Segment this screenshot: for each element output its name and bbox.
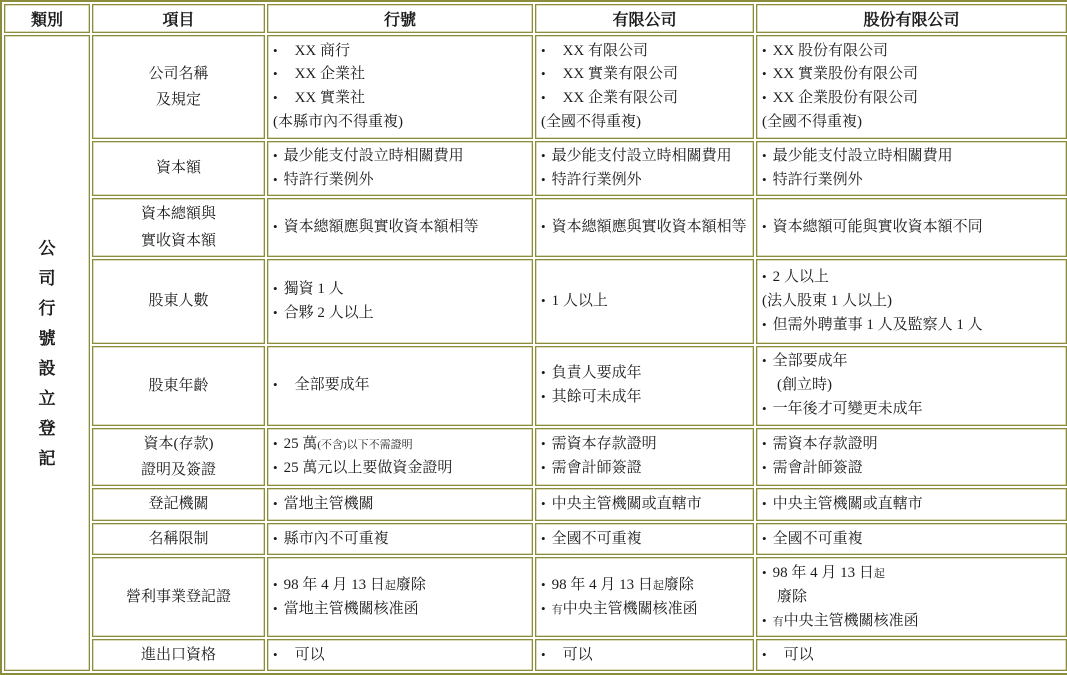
bullet-icon: • [541,577,546,593]
category-vertical-label: 公司行號設立登記 [6,240,88,467]
item-cell: 公司名稱及規定 [92,35,265,139]
bullet-line: •XX 企業有限公司 [541,87,749,111]
bullet-line: •98 年 4 月 13 日起 [762,561,1062,585]
table-body: 公司行號設立登記公司名稱及規定•XX 商行•XX 企業社•XX 實業社(本縣市內… [4,35,1067,671]
bullet-line: •98 年 4 月 13 日起廢除 [541,573,749,597]
note-line: (全國不得重複) [541,111,749,135]
bullet-line: •XX 實業社 [273,87,528,111]
header-row: 類別 項目 行號 有限公司 股份有限公司 [4,4,1067,33]
shares-cell: •中央主管機關或直轄市 [756,488,1067,521]
firm-cell: •全部要成年 [267,346,533,426]
shares-cell: •98 年 4 月 13 日起廢除•有中央主管機關核准函 [756,557,1067,637]
table-row: 股東年齡•全部要成年•負責人要成年•其餘可未成年•全部要成年(創立時)•一年後才… [4,346,1067,426]
bullet-line: •中央主管機關或直轄市 [541,493,749,517]
table-row: 名稱限制•縣市內不可重複•全國不可重複•全國不可重複 [4,523,1067,555]
bullet-icon: • [762,496,767,512]
bullet-icon: • [762,219,767,235]
bullet-icon: • [541,172,546,188]
item-cell: 營利事業登記證 [92,557,265,637]
bullet-icon: • [273,148,278,164]
firm-cell: •最少能支付設立時相關費用•特許行業例外 [267,141,533,197]
bullet-line: •但需外聘董事 1 人及監察人 1 人 [762,313,1062,337]
bullet-icon: • [273,281,278,297]
bullet-icon: • [273,172,278,188]
limited-cell: •可以 [535,639,754,671]
shares-cell: •全國不可重複 [756,523,1067,555]
firm-cell: •98 年 4 月 13 日起廢除•當地主管機關核准函 [267,557,533,637]
bullet-icon: • [541,66,546,82]
firm-cell: •當地主管機關 [267,488,533,521]
bullet-icon: • [762,647,767,663]
table-row: 登記機關•當地主管機關•中央主管機關或直轄市•中央主管機關或直轄市 [4,488,1067,521]
item-cell: 資本額 [92,141,265,197]
bullet-line: •當地主管機關 [273,493,528,517]
limited-cell: •負責人要成年•其餘可未成年 [535,346,754,426]
bullet-icon: • [762,401,767,417]
bullet-icon: • [273,496,278,512]
limited-cell: •資本總額應與實收資本額相等 [535,198,754,257]
item-cell: 名稱限制 [92,523,265,555]
item-cell: 股東年齡 [92,346,265,426]
bullet-icon: • [273,531,278,547]
bullet-line: •XX 實業有限公司 [541,63,749,87]
limited-cell: •最少能支付設立時相關費用•特許行業例外 [535,141,754,197]
limited-cell: •1 人以上 [535,259,754,344]
limited-cell: •中央主管機關或直轄市 [535,488,754,521]
item-cell: 資本(存款)證明及簽證 [92,428,265,487]
shares-cell: •需資本存款證明•需會計師簽證 [756,428,1067,487]
shares-cell: •資本總額可能與實收資本額不同 [756,198,1067,257]
bullet-line: •需會計師簽證 [541,457,749,481]
bullet-line: •一年後才可變更未成年 [762,398,1062,422]
firm-cell: •縣市內不可重複 [267,523,533,555]
bullet-line: •最少能支付設立時相關費用 [541,145,749,169]
company-registration-comparison-table: 類別 項目 行號 有限公司 股份有限公司 公司行號設立登記公司名稱及規定•XX … [0,0,1067,675]
table-row: 營利事業登記證•98 年 4 月 13 日起廢除•當地主管機關核准函•98 年 … [4,557,1067,637]
bullet-line: •特許行業例外 [273,168,528,192]
limited-cell: •XX 有限公司•XX 實業有限公司•XX 企業有限公司(全國不得重複) [535,35,754,139]
bullet-line: •當地主管機關核准函 [273,597,528,621]
firm-cell: •25 萬(不含)以下不需證明•25 萬元以上要做資金證明 [267,428,533,487]
bullet-line: •全部要成年 [273,374,528,398]
company-registration-comparison-page: 類別 項目 行號 有限公司 股份有限公司 公司行號設立登記公司名稱及規定•XX … [0,0,1067,643]
bullet-icon: • [541,460,546,476]
limited-cell: •98 年 4 月 13 日起廢除•有中央主管機關核准函 [535,557,754,637]
bullet-icon: • [541,389,546,405]
bullet-icon: • [273,90,278,106]
bullet-icon: • [273,460,278,476]
bullet-line: •資本總額應與實收資本額相等 [541,216,749,240]
shares-cell: •XX 股份有限公司•XX 實業股份有限公司•XX 企業股份有限公司(全國不得重… [756,35,1067,139]
firm-cell: •XX 商行•XX 企業社•XX 實業社(本縣市內不得重複) [267,35,533,139]
bullet-icon: • [541,43,546,59]
bullet-line: •資本總額可能與實收資本額不同 [762,216,1062,240]
shares-cell: •最少能支付設立時相關費用•特許行業例外 [756,141,1067,197]
bullet-icon: • [541,601,546,617]
note-line: (本縣市內不得重複) [273,111,528,135]
bullet-icon: • [762,613,767,629]
bullet-icon: • [541,496,546,512]
bullet-line: •XX 企業社 [273,63,528,87]
bullet-line: •全國不可重複 [762,527,1062,551]
note-line: (全國不得重複) [762,111,1062,135]
bullet-line: •25 萬元以上要做資金證明 [273,457,528,481]
bullet-icon: • [762,353,767,369]
bullet-icon: • [541,647,546,663]
bullet-line: •獨資 1 人 [273,277,528,301]
bullet-line: •需資本存款證明 [541,433,749,457]
bullet-icon: • [273,66,278,82]
bullet-line: •XX 企業股份有限公司 [762,87,1062,111]
bullet-icon: • [762,269,767,285]
bullet-icon: • [541,436,546,452]
bullet-line: •XX 股份有限公司 [762,39,1062,63]
bullet-icon: • [541,148,546,164]
bullet-line: •可以 [273,643,528,667]
bullet-icon: • [273,377,278,393]
item-cell: 資本總額與實收資本額 [92,198,265,257]
bullet-line: •縣市內不可重複 [273,527,528,551]
bullet-icon: • [762,43,767,59]
col-header-item: 項目 [92,4,265,33]
col-header-category: 類別 [4,4,90,33]
bullet-line: •25 萬(不含)以下不需證明 [273,433,528,457]
item-cell: 登記機關 [92,488,265,521]
bullet-line: •全國不可重複 [541,527,749,551]
bullet-icon: • [273,601,278,617]
bullet-line: •可以 [762,643,1062,667]
bullet-line: •有中央主管機關核准函 [541,597,749,621]
note-line: (創立時) [762,374,1062,398]
bullet-line: •其餘可未成年 [541,386,749,410]
category-cell: 公司行號設立登記 [4,35,90,671]
bullet-icon: • [273,647,278,663]
col-header-limited-company: 有限公司 [535,4,754,33]
bullet-icon: • [541,293,546,309]
bullet-line: •XX 有限公司 [541,39,749,63]
firm-cell: •獨資 1 人•合夥 2 人以上 [267,259,533,344]
table-row: 股東人數•獨資 1 人•合夥 2 人以上•1 人以上•2 人以上(法人股東 1 … [4,259,1067,344]
bullet-icon: • [762,565,767,581]
bullet-line: •98 年 4 月 13 日起廢除 [273,573,528,597]
bullet-icon: • [273,577,278,593]
note-line: (法人股東 1 人以上) [762,289,1062,313]
shares-cell: •可以 [756,639,1067,671]
bullet-line: •有中央主管機關核准函 [762,609,1062,633]
bullet-line: •全部要成年 [762,350,1062,374]
bullet-icon: • [273,219,278,235]
bullet-line: •中央主管機關或直轄市 [762,493,1062,517]
shares-cell: •全部要成年(創立時)•一年後才可變更未成年 [756,346,1067,426]
bullet-line: •2 人以上 [762,266,1062,290]
bullet-icon: • [273,43,278,59]
note-line: 廢除 [762,585,1062,609]
table-row: 公司行號設立登記公司名稱及規定•XX 商行•XX 企業社•XX 實業社(本縣市內… [4,35,1067,139]
bullet-icon: • [762,148,767,164]
bullet-icon: • [273,305,278,321]
bullet-line: •最少能支付設立時相關費用 [762,145,1062,169]
bullet-icon: • [762,317,767,333]
table-row: 資本總額與實收資本額•資本總額應與實收資本額相等•資本總額應與實收資本額相等•資… [4,198,1067,257]
bullet-line: •可以 [541,643,749,667]
shares-cell: •2 人以上(法人股東 1 人以上)•但需外聘董事 1 人及監察人 1 人 [756,259,1067,344]
bullet-icon: • [762,436,767,452]
bullet-icon: • [541,365,546,381]
bullet-line: •需資本存款證明 [762,433,1062,457]
table-row: 資本額•最少能支付設立時相關費用•特許行業例外•最少能支付設立時相關費用•特許行… [4,141,1067,197]
item-cell: 股東人數 [92,259,265,344]
col-header-firm: 行號 [267,4,533,33]
bullet-line: •XX 實業股份有限公司 [762,63,1062,87]
item-cell: 進出口資格 [92,639,265,671]
bullet-line: •最少能支付設立時相關費用 [273,145,528,169]
col-header-company-limited-by-shares: 股份有限公司 [756,4,1067,33]
bullet-line: •負責人要成年 [541,362,749,386]
bullet-icon: • [541,219,546,235]
firm-cell: •資本總額應與實收資本額相等 [267,198,533,257]
bullet-line: •合夥 2 人以上 [273,301,528,325]
bullet-icon: • [762,66,767,82]
bullet-icon: • [762,172,767,188]
bullet-line: •資本總額應與實收資本額相等 [273,216,528,240]
limited-cell: •需資本存款證明•需會計師簽證 [535,428,754,487]
bullet-icon: • [762,90,767,106]
bullet-line: •特許行業例外 [541,168,749,192]
bullet-icon: • [541,531,546,547]
bullet-icon: • [541,90,546,106]
bullet-icon: • [762,531,767,547]
table-row: 資本(存款)證明及簽證•25 萬(不含)以下不需證明•25 萬元以上要做資金證明… [4,428,1067,487]
bullet-line: •XX 商行 [273,39,528,63]
table-row: 進出口資格•可以•可以•可以 [4,639,1067,671]
bullet-icon: • [273,436,278,452]
bullet-icon: • [762,460,767,476]
bullet-line: •特許行業例外 [762,168,1062,192]
limited-cell: •全國不可重複 [535,523,754,555]
bullet-line: •1 人以上 [541,289,749,313]
bullet-line: •需會計師簽證 [762,457,1062,481]
firm-cell: •可以 [267,639,533,671]
